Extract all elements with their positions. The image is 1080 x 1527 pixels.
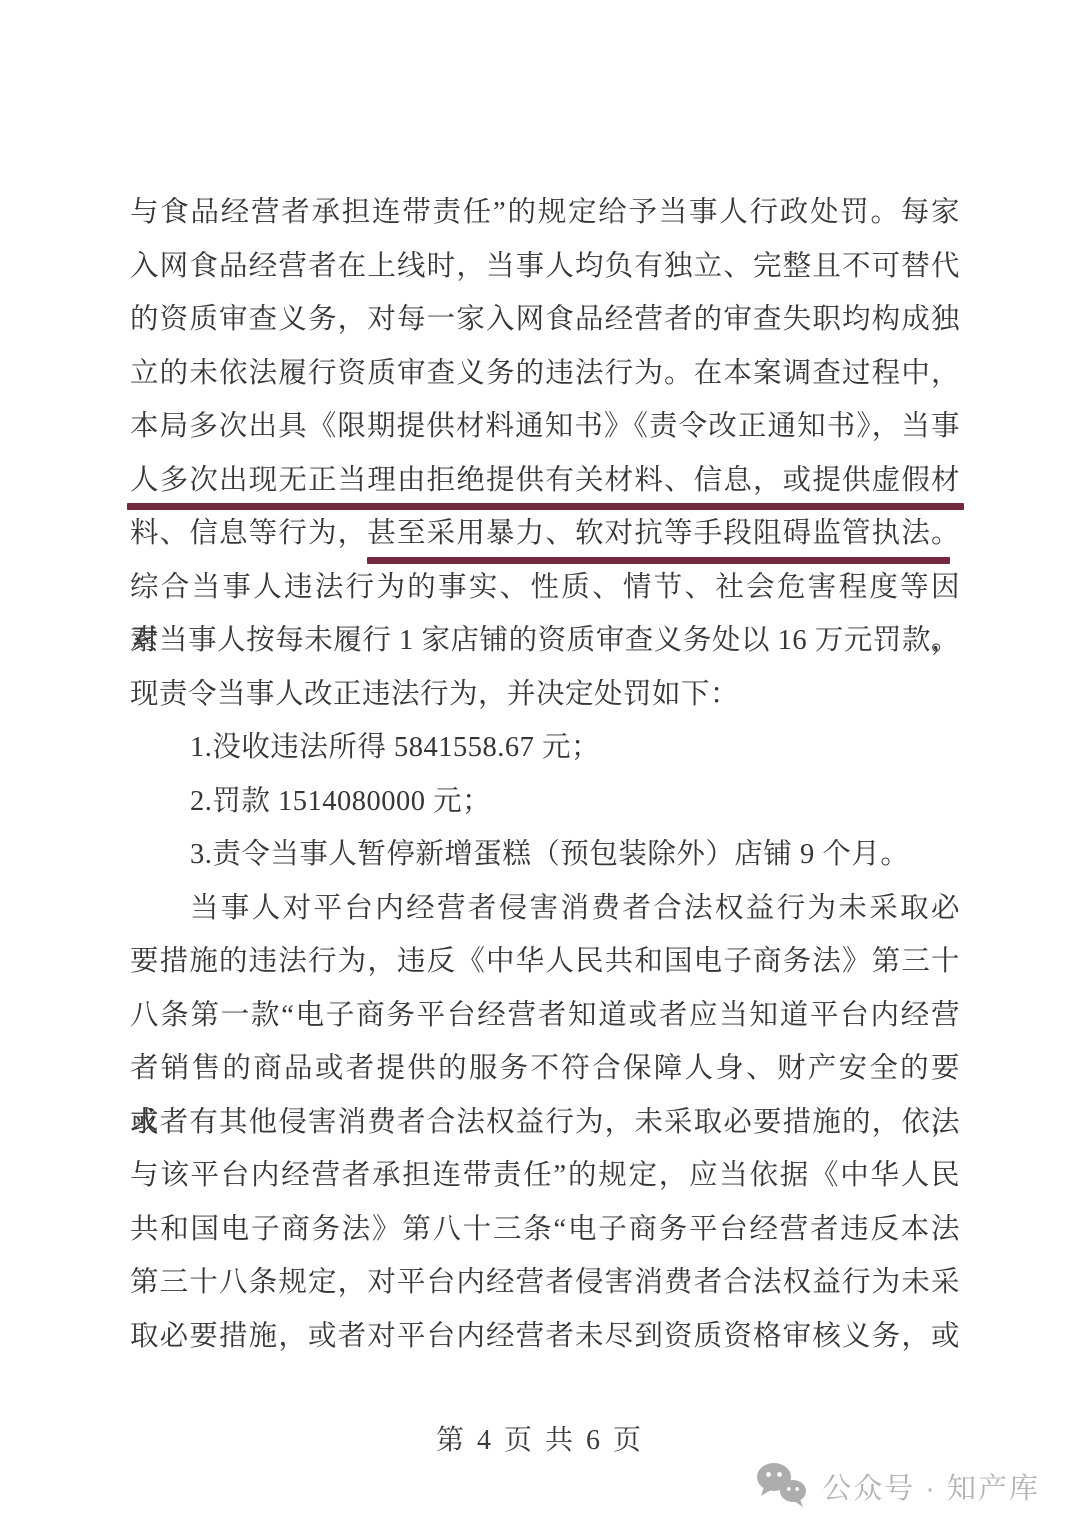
document-line: 要措施的违法行为，违反《中华人民共和国电子商务法》第三十 bbox=[130, 935, 960, 989]
line-text: 第三十八条规定，对平台内经营者侵害消费者合法权益行为未采 bbox=[130, 1267, 960, 1298]
line-text: 或者有其他侵害消费者合法权益行为，未采取必要措施的，依法 bbox=[130, 1107, 960, 1138]
line-text: 1.没收违法所得 5841558.67 元； bbox=[190, 732, 600, 763]
document-line: 取必要措施，或者对平台内经营者未尽到资质资格审核义务，或 bbox=[130, 1310, 960, 1364]
document-line: 的资质审查义务，对每一家入网食品经营者的审查失职均构成独 bbox=[130, 293, 960, 347]
line-text: 共和国电子商务法》第八十三条“电子商务平台经营者违反本法 bbox=[130, 1214, 960, 1245]
line-text: 要措施的违法行为，违反《中华人民共和国电子商务法》第三十 bbox=[130, 946, 960, 977]
line-text: 本局多次出具《限期提供材料通知书》《责令改正通知书》，当事 bbox=[130, 411, 960, 442]
line-text: 立的未依法履行资质审查义务的违法行为。在本案调查过程中， bbox=[130, 358, 960, 389]
document-line: 入网食品经营者在上线时，当事人均负有独立、完整且不可替代 bbox=[130, 240, 960, 294]
watermark-label: 公众号 · 知产库 bbox=[822, 1466, 1040, 1507]
document-line: 者销售的商品或者提供的服务不符合保障人身、财产安全的要求， bbox=[130, 1042, 960, 1096]
wechat-icon bbox=[754, 1460, 810, 1512]
document-line: 现责令当事人改正违法行为，并决定处罚如下： bbox=[130, 668, 960, 722]
document-line: 当事人对平台内经营者侵害消费者合法权益行为未采取必 bbox=[130, 882, 960, 936]
line-text: 人多次出现无正当理由拒绝提供有关材料、信息，或提供虚假材 bbox=[130, 465, 960, 496]
document-line: 对当事人按每未履行 1 家店铺的资质审查义务处以 16 万元罚款。 bbox=[130, 614, 960, 668]
watermark: 公众号 · 知产库 bbox=[754, 1460, 1040, 1512]
line-text: 的资质审查义务，对每一家入网食品经营者的审查失职均构成独 bbox=[130, 304, 960, 335]
document-body: 与食品经营者承担连带责任”的规定给予当事人行政处罚。每家入网食品经营者在上线时，… bbox=[130, 186, 960, 1363]
document-line: 综合当事人违法行为的事实、性质、情节、社会危害程度等因素， bbox=[130, 561, 960, 615]
document-line: 与食品经营者承担连带责任”的规定给予当事人行政处罚。每家 bbox=[130, 186, 960, 240]
document-line: 八条第一款“电子商务平台经营者知道或者应当知道平台内经营 bbox=[130, 989, 960, 1043]
line-text: 与食品经营者承担连带责任”的规定给予当事人行政处罚。每家 bbox=[130, 197, 960, 228]
line-text: 当事人对平台内经营者侵害消费者合法权益行为未采取必 bbox=[190, 893, 960, 924]
document-line: 与该平台内经营者承担连带责任”的规定，应当依据《中华人民 bbox=[130, 1149, 960, 1203]
document-line: 2.罚款 1514080000 元； bbox=[130, 775, 960, 829]
line-text: 八条第一款“电子商务平台经营者知道或者应当知道平台内经营 bbox=[130, 1000, 960, 1031]
document-line: 第三十八条规定，对平台内经营者侵害消费者合法权益行为未采 bbox=[130, 1256, 960, 1310]
document-line: 本局多次出具《限期提供材料通知书》《责令改正通知书》，当事 bbox=[130, 400, 960, 454]
line-text: 2.罚款 1514080000 元； bbox=[190, 786, 491, 817]
page-number: 第 4 页 共 6 页 bbox=[0, 1418, 1080, 1458]
line-text: 3.责令当事人暂停新增蛋糕（预包装除外）店铺 9 个月。 bbox=[190, 839, 909, 870]
document-line: 共和国电子商务法》第八十三条“电子商务平台经营者违反本法 bbox=[130, 1203, 960, 1257]
line-text: 与该平台内经营者承担连带责任”的规定，应当依据《中华人民 bbox=[130, 1160, 960, 1191]
document-line: 立的未依法履行资质审查义务的违法行为。在本案调查过程中， bbox=[130, 347, 960, 401]
document-page: 与食品经营者承担连带责任”的规定给予当事人行政处罚。每家入网食品经营者在上线时，… bbox=[0, 0, 1080, 1527]
document-line: 料、信息等行为，甚至采用暴力、软对抗等手段阻碍监管执法。 bbox=[130, 507, 960, 561]
line-text: 料、信息等行为，甚至采用暴力、软对抗等手段阻碍监管执法。 bbox=[130, 518, 960, 549]
document-line: 人多次出现无正当理由拒绝提供有关材料、信息，或提供虚假材 bbox=[130, 454, 960, 508]
line-text: 取必要措施，或者对平台内经营者未尽到资质资格审核义务，或 bbox=[130, 1321, 960, 1352]
document-line: 1.没收违法所得 5841558.67 元； bbox=[130, 721, 960, 775]
document-line: 或者有其他侵害消费者合法权益行为，未采取必要措施的，依法 bbox=[130, 1096, 960, 1150]
line-text: 入网食品经营者在上线时，当事人均负有独立、完整且不可替代 bbox=[130, 251, 960, 282]
line-text: 现责令当事人改正违法行为，并决定处罚如下： bbox=[130, 679, 739, 710]
document-line: 3.责令当事人暂停新增蛋糕（预包装除外）店铺 9 个月。 bbox=[130, 828, 960, 882]
line-text: 对当事人按每未履行 1 家店铺的资质审查义务处以 16 万元罚款。 bbox=[130, 625, 960, 656]
